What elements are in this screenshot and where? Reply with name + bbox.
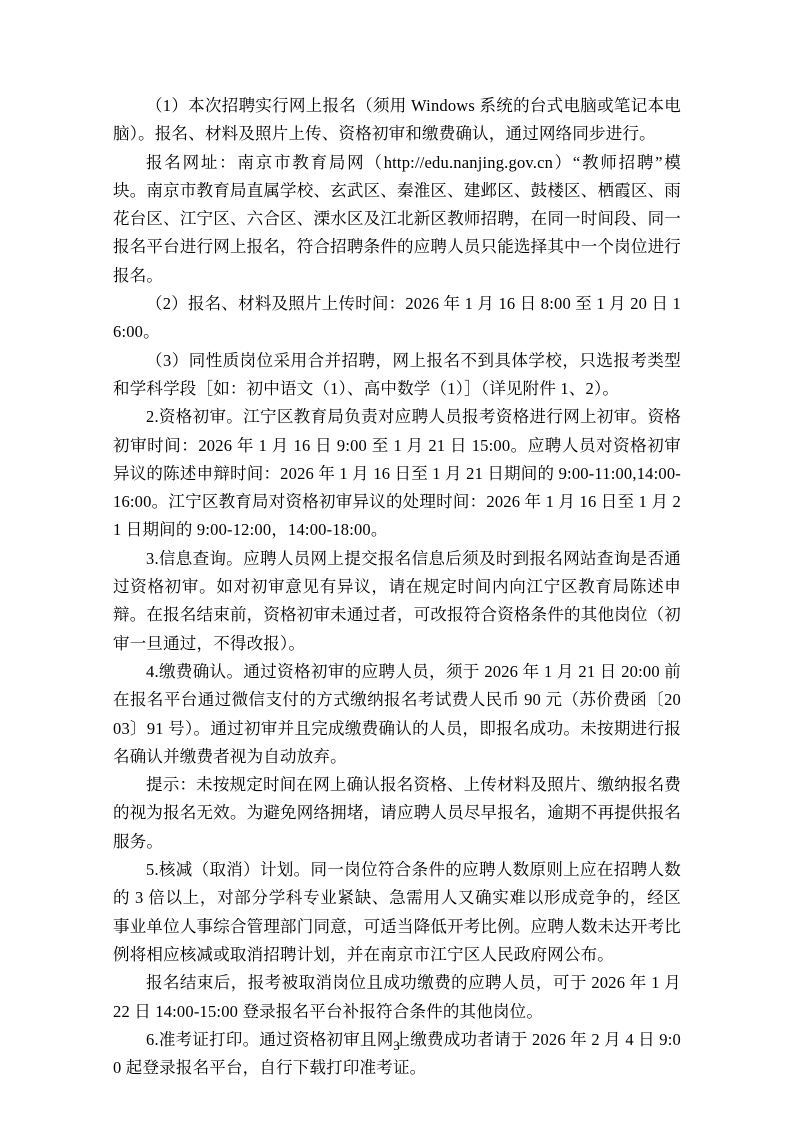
- paragraph: 4.缴费确认。通过资格初审的应聘人员，须于 2026 年 1 月 21 日 20…: [113, 658, 681, 771]
- paragraph: 提示：未按规定时间在网上确认报名资格、上传材料及照片、缴纳报名费的视为报名无效。…: [113, 771, 681, 856]
- paragraph: 2.资格初审。江宁区教育局负责对应聘人员报考资格进行网上初审。资格初审时间：20…: [113, 403, 681, 544]
- document-page: （1）本次招聘实行网上报名（须用 Windows 系统的台式电脑或笔记本电脑）。…: [0, 0, 793, 1122]
- paragraph: 3.信息查询。应聘人员网上提交报名信息后须及时到报名网站查询是否通过资格初审。如…: [113, 545, 681, 658]
- page-number: 3: [0, 1037, 793, 1055]
- paragraph: 5.核减（取消）计划。同一岗位符合条件的应聘人数原则上应在招聘人数的 3 倍以上…: [113, 856, 681, 969]
- paragraph: （2）报名、材料及照片上传时间：2026 年 1 月 16 日 8:00 至 1…: [113, 290, 681, 347]
- paragraph: 报名网址：南京市教育局网（http://edu.nanjing.gov.cn）“…: [113, 149, 681, 290]
- paragraph: 报名结束后，报考被取消岗位且成功缴费的应聘人员，可于 2026 年 1 月 22…: [113, 969, 681, 1026]
- document-body: （1）本次招聘实行网上报名（须用 Windows 系统的台式电脑或笔记本电脑）。…: [113, 92, 681, 1082]
- paragraph: （1）本次招聘实行网上报名（须用 Windows 系统的台式电脑或笔记本电脑）。…: [113, 92, 681, 149]
- paragraph: （3）同性质岗位采用合并招聘，网上报名不到具体学校，只选报考类型和学科学段［如：…: [113, 347, 681, 404]
